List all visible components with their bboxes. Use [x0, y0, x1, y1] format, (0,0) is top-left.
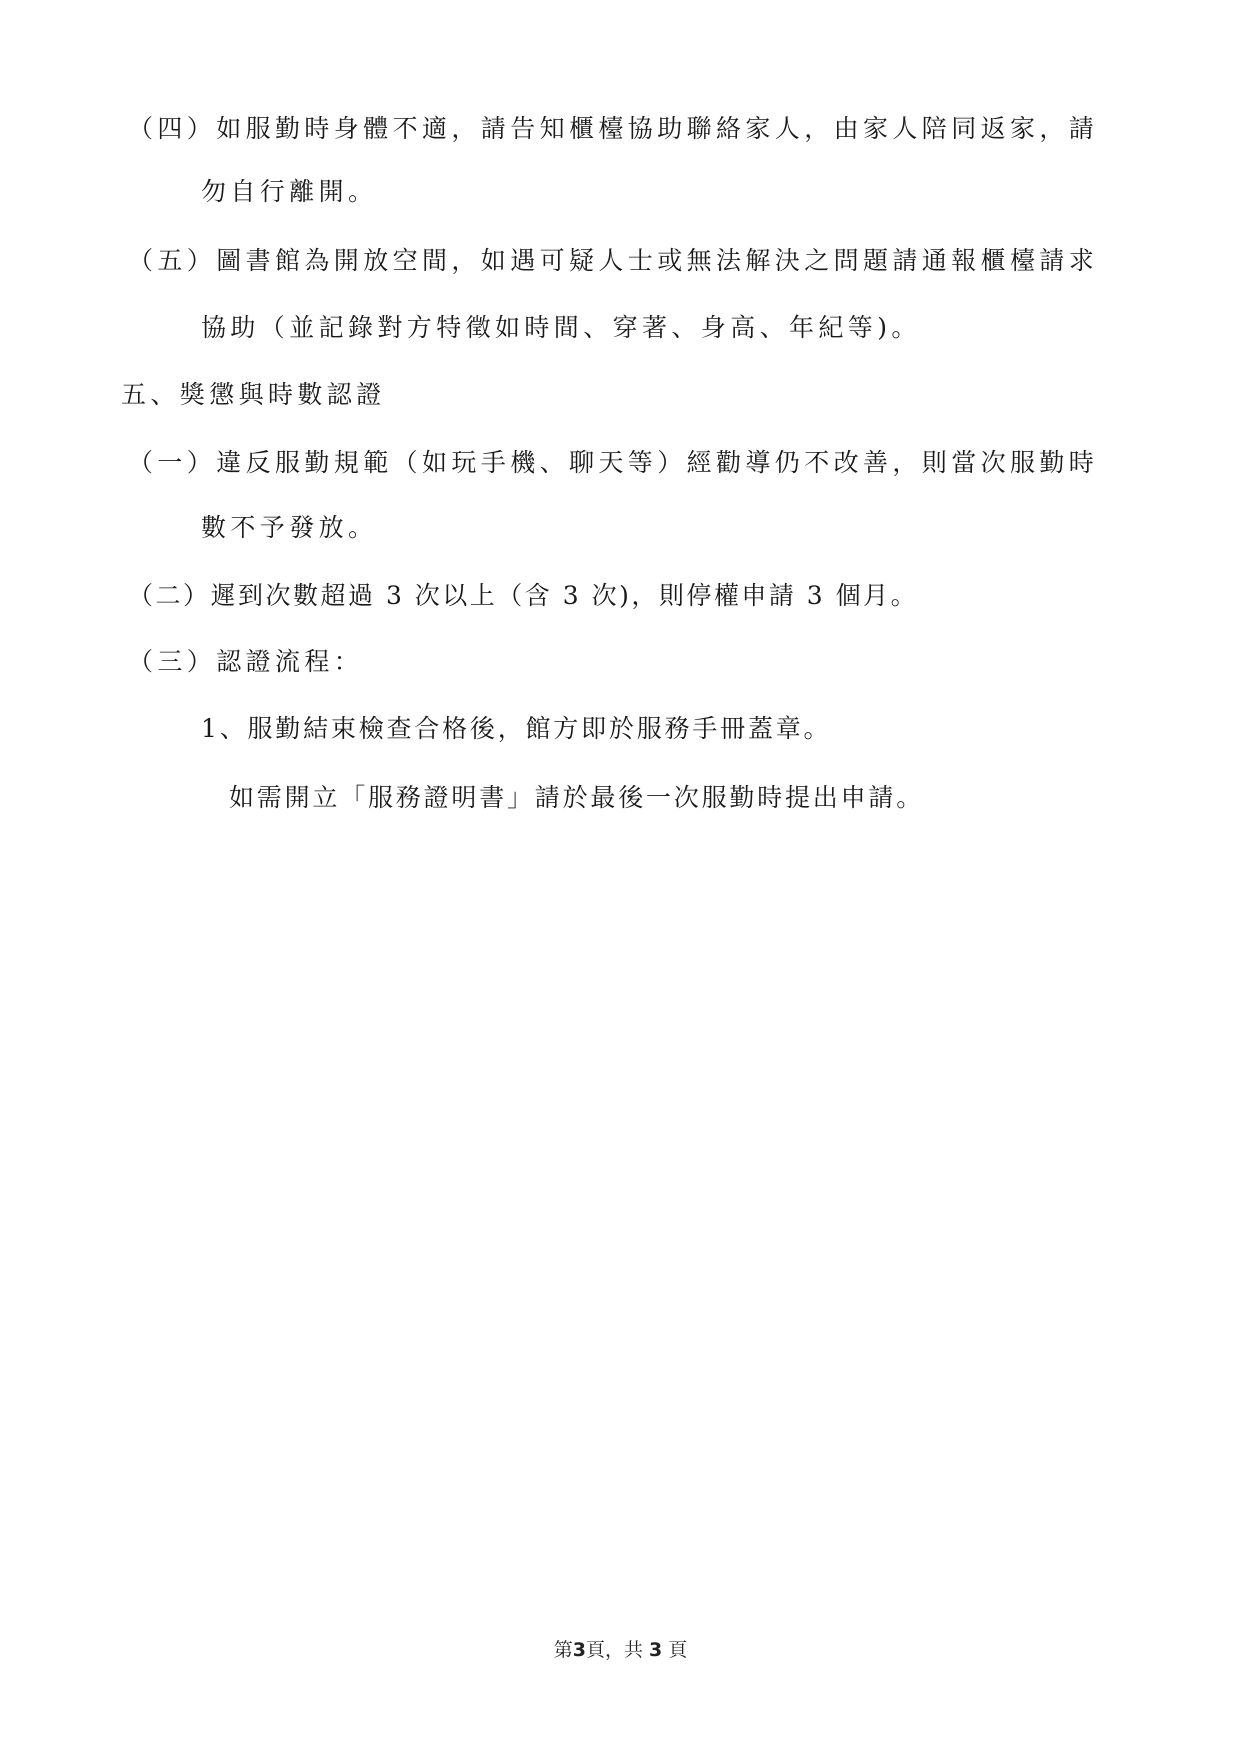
sub-item-1-continuation: 數不予發放。 — [201, 513, 377, 543]
step-1-line: 1、服勤結束檢查合格後，館方即於服務手冊蓋章。 — [201, 714, 831, 744]
current-page-number: 3 — [573, 1639, 586, 1661]
sub-item-1-line: （一）違反服勤規範（如玩手機、聊天等）經勸導仍不改善，則當次服勤時 — [128, 448, 1098, 478]
sub-item-3-line: （三）認證流程： — [128, 647, 363, 677]
total-pages-number: 3 — [649, 1639, 662, 1661]
page-prefix: 第 — [554, 1639, 573, 1661]
item-4-continuation: 勿自行離開。 — [201, 177, 377, 207]
page-mid: 頁，共 — [586, 1639, 649, 1661]
step-1-note: 如需開立「服務證明書」請於最後一次服勤時提出申請。 — [229, 783, 924, 813]
item-5-line: （五）圖書館為開放空間，如遇可疑人士或無法解決之問題請通報櫃檯請求 — [128, 246, 1098, 276]
page-footer: 第3頁，共 3 頁 — [0, 1638, 1241, 1662]
section-heading: 五、獎懲與時數認證 — [121, 380, 386, 410]
sub-item-2-line: （二）遲到次數超過 3 次以上（含 3 次)，則停權申請 3 個月。 — [128, 581, 918, 611]
item-4-line: （四）如服勤時身體不適，請告知櫃檯協助聯絡家人，由家人陪同返家，請 — [128, 114, 1098, 144]
item-5-continuation: 協助（並記錄對方特徵如時間、穿著、身高、年紀等)。 — [201, 313, 921, 343]
page-suffix: 頁 — [662, 1639, 687, 1661]
